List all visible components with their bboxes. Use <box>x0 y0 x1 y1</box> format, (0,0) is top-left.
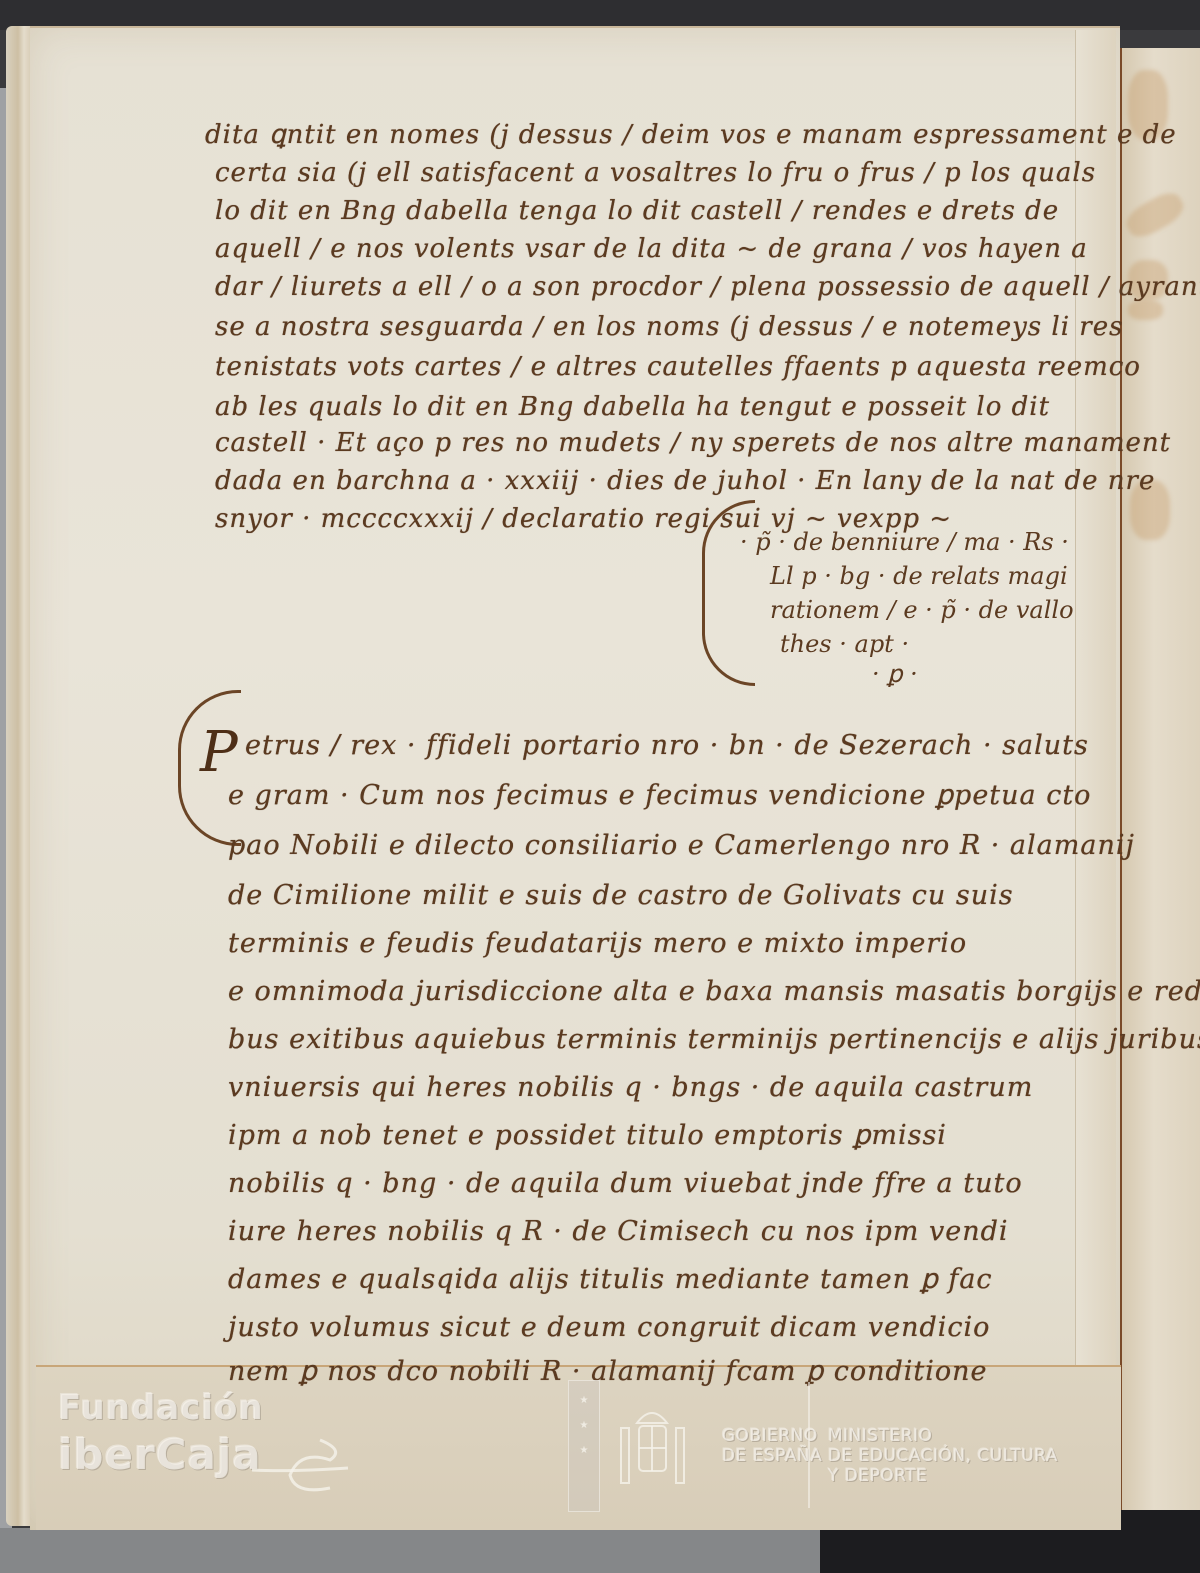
manuscript-line: terminis e feudis feudatarijs mero e mix… <box>228 928 967 959</box>
signature-line: · ꝑ · <box>872 660 918 688</box>
manuscript-line: nem ꝑ nos dco nobili R · alamanij fcam ꝑ… <box>228 1356 988 1387</box>
manuscript-line: ipm a nob tenet e possidet titulo emptor… <box>228 1120 947 1151</box>
initial-letter: P <box>200 720 238 785</box>
grey-background-bottom <box>0 1528 820 1573</box>
manuscript-line: tenistats vots cartes / e altres cautell… <box>215 352 1141 382</box>
manuscript-line: castell · Et aço p res no mudets / ny sp… <box>215 428 1171 458</box>
manuscript-line: iure heres nobilis q R · de Cimisech cu … <box>228 1216 1009 1247</box>
manuscript-line: nobilis q · bng · de aquila dum viuebat … <box>228 1168 1023 1199</box>
star-icon: ★ <box>569 1420 599 1431</box>
star-icon: ★ <box>569 1445 599 1456</box>
signature-line: Ll p · bg · de relats magi <box>770 562 1068 590</box>
ibercaja-swoosh-icon <box>250 1430 350 1500</box>
manuscript-line: vniuersis qui heres nobilis q · bngs · d… <box>228 1072 1033 1103</box>
manuscript-line: certa sia (j ell satisfacent a vosaltres… <box>215 158 1096 188</box>
ministerio-line: Y DEPORTE <box>828 1466 1058 1486</box>
ministerio-line: DE EDUCACIÓN, CULTURA <box>828 1446 1058 1466</box>
stain <box>1128 300 1163 320</box>
ministerio-text: MINISTERIO DE EDUCACIÓN, CULTURA Y DEPOR… <box>828 1426 1058 1486</box>
signature-line: thes · apt · <box>780 630 909 658</box>
ibercaja-logo-text: iberCaja <box>58 1430 262 1479</box>
manuscript-line: e gram · Cum nos fecimus e fecimus vendi… <box>228 780 1091 811</box>
manuscript-line: etrus / rex · ffideli portario nro · bn … <box>245 730 1089 761</box>
manuscript-line: dada en barchna a · xxxiij · dies de juh… <box>215 466 1155 496</box>
signature-line: · p̃ · de benniure / ma · Rs · <box>740 528 1069 556</box>
spain-coat-of-arms-icon <box>615 1398 690 1493</box>
manuscript-line: bus exitibus aquiebus terminis terminijs… <box>228 1024 1200 1055</box>
manuscript-line: e omnimoda jurisdiccione alta e baxa man… <box>228 976 1200 1007</box>
spain-flag-stripe: ★ ★ ★ <box>568 1380 600 1512</box>
manuscript-line: aquell / e nos volents vsar de la dita ~… <box>215 234 1088 264</box>
manuscript-line: lo dit en Bng dabella tenga lo dit caste… <box>215 196 1059 226</box>
manuscript-line: dames e qualsqida alijs titulis mediante… <box>228 1264 993 1295</box>
manuscript-line: se a nostra sesguarda / en los noms (j d… <box>215 312 1123 342</box>
manuscript-line: de Cimilione milit e suis de castro de G… <box>228 880 1014 911</box>
manuscript-line: pao Nobili e dilecto consiliario e Camer… <box>228 830 1135 861</box>
manuscript-line: dar / liurets a ell / o a son procdor / … <box>215 272 1200 302</box>
fundacion-ibercaja-logo-text: Fundación <box>58 1388 264 1428</box>
watermark-divider <box>808 1382 810 1508</box>
signature-line: rationem / e · p̃ · de vallo <box>770 596 1074 624</box>
manuscript-line: justo volumus sicut e deum congruit dica… <box>228 1312 990 1343</box>
star-icon: ★ <box>569 1395 599 1406</box>
ministerio-line: MINISTERIO <box>828 1426 1058 1446</box>
manuscript-line: dita ꝗntit en nomes (j dessus / deim vos… <box>205 120 1177 150</box>
manuscript-line: ab les quals lo dit en Bng dabella ha te… <box>215 392 1050 422</box>
